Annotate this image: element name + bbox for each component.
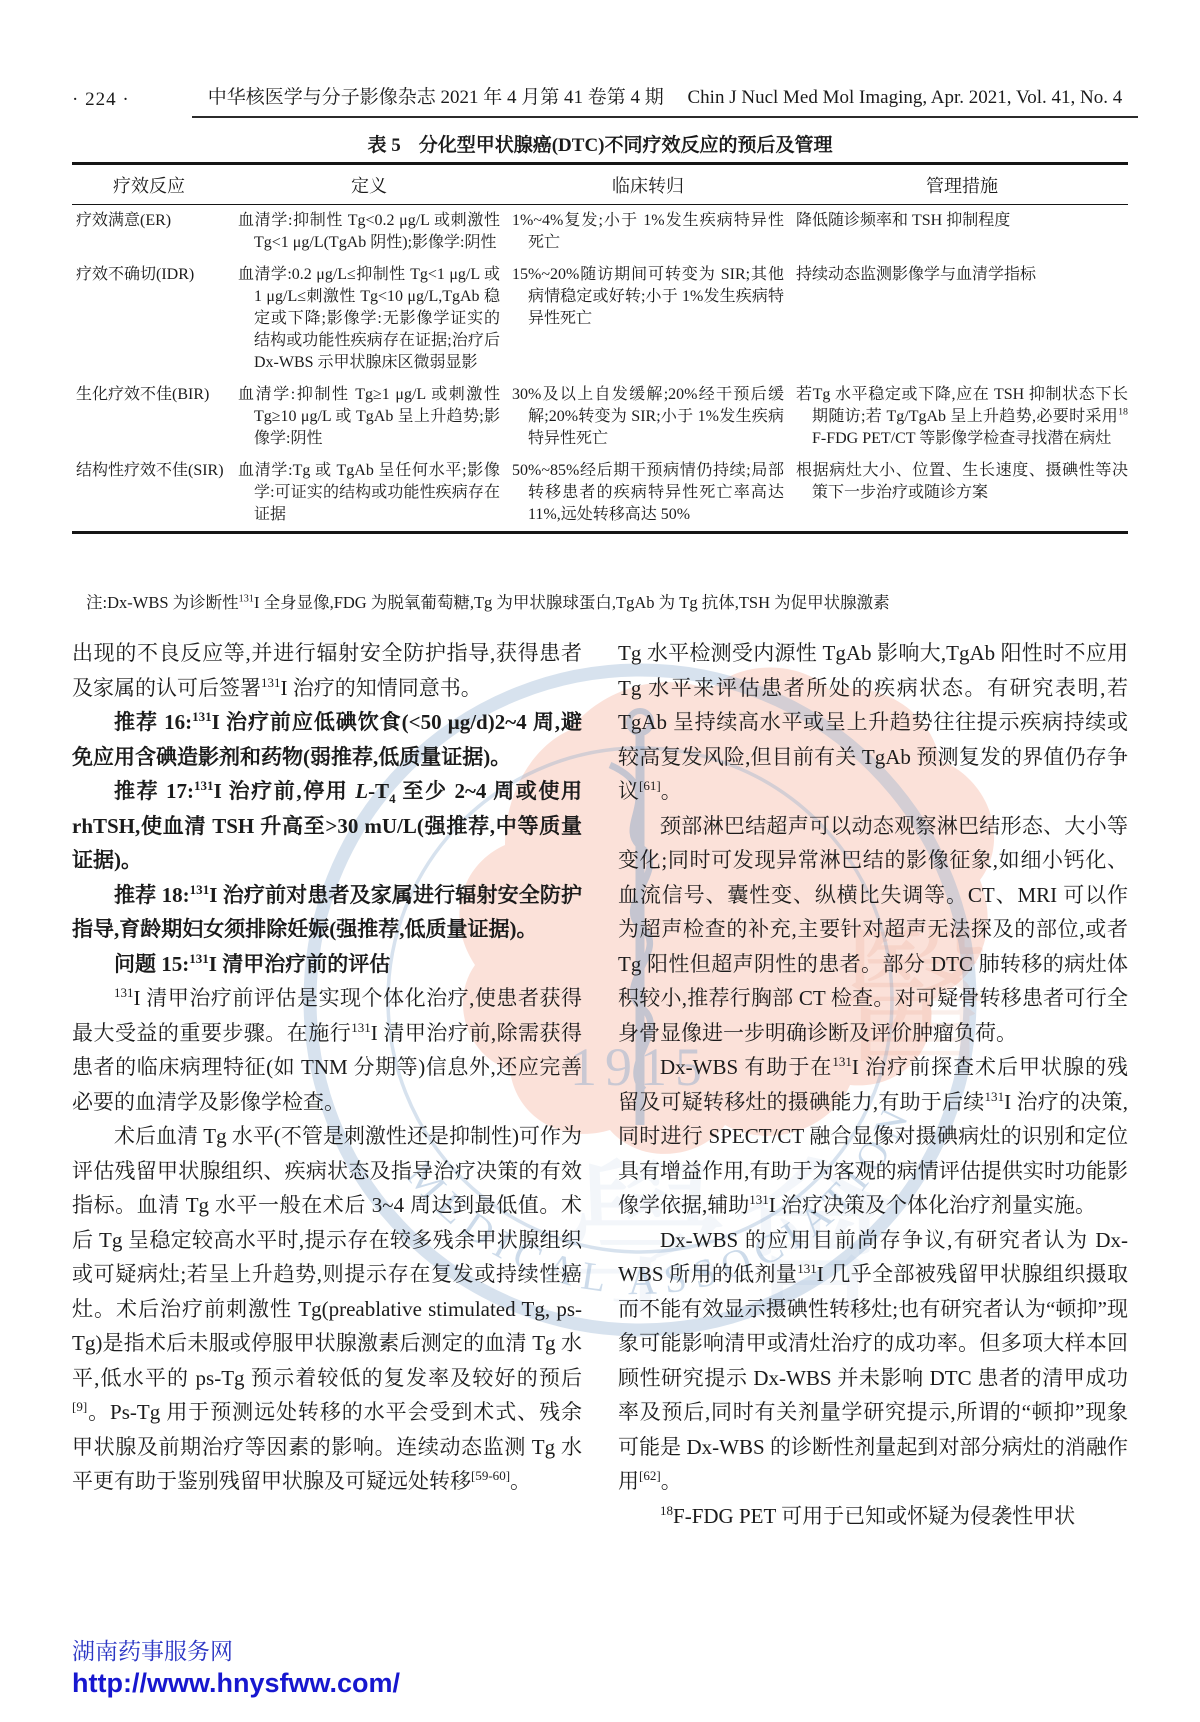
- body-paragraph: 问题 15:131I 清甲治疗前的评估: [72, 947, 582, 982]
- table-body: 疗效满意(ER)血清学:抑制性 Tg<0.2 μg/L 或刺激性 Tg<1 μg…: [72, 205, 1128, 534]
- table-row: 生化疗效不佳(BIR)血清学:抑制性 Tg≥1 μg/L 或刺激性 Tg≥10 …: [72, 379, 1128, 455]
- body-paragraph: Tg 水平检测受内源性 TgAb 影响大,TgAb 阳性时不应用 Tg 水平来评…: [618, 636, 1128, 809]
- page-header: · 224 · 中华核医学与分子影像杂志 2021 年 4 月第 41 卷第 4…: [72, 82, 1138, 118]
- cell-response: 疗效满意(ER): [72, 210, 226, 254]
- cell-management: 若Tg 水平稳定或下降,应在 TSH 抑制状态下长期随访;若 Tg/TgAb 呈…: [796, 384, 1128, 450]
- body-paragraph: 推荐 18:131I 治疗前对患者及家属进行辐射安全防护指导,育龄期妇女须排除妊…: [72, 878, 582, 947]
- cell-management: 持续动态监测影像学与血清学指标: [796, 264, 1128, 374]
- body-columns: 出现的不良反应等,并进行辐射安全防护指导,获得患者及家属的认可后签署131I 治…: [72, 636, 1128, 1533]
- cell-outcome: 15%~20%随访期间可转变为 SIR;其他病情稳定或好转;小于 1%发生疾病特…: [512, 264, 784, 374]
- cell-response: 疗效不确切(IDR): [72, 264, 226, 374]
- cell-definition: 血清学:抑制性 Tg≥1 μg/L 或刺激性 Tg≥10 μg/L 或 TgAb…: [238, 384, 500, 450]
- table-caption-label: 表 5: [367, 135, 400, 156]
- table-caption-title: 分化型甲状腺癌(DTC)不同疗效反应的预后及管理: [419, 135, 833, 156]
- page-number: · 224 ·: [72, 89, 192, 118]
- dtc-response-table: 疗效反应 定义 临床转归 管理措施 疗效满意(ER)血清学:抑制性 Tg<0.2…: [72, 162, 1128, 534]
- table-header-row: 疗效反应 定义 临床转归 管理措施: [72, 165, 1128, 205]
- body-paragraph: 术后血清 Tg 水平(不管是刺激性还是抑制性)可作为评估残留甲状腺组织、疾病状态…: [72, 1119, 582, 1499]
- body-paragraph: 推荐 16:131I 治疗前应低碘饮食(<50 μg/d)2~4 周,避免应用含…: [72, 705, 582, 774]
- table-note: 注:Dx-WBS 为诊断性131I 全身显像,FDG 为脱氧葡萄糖,Tg 为甲状…: [86, 592, 1138, 614]
- cell-response: 结构性疗效不佳(SIR): [72, 460, 226, 526]
- body-paragraph: Dx-WBS 的应用目前尚存争议,有研究者认为 Dx-WBS 所用的低剂量131…: [618, 1223, 1128, 1499]
- table-column-header: 临床转归: [512, 172, 784, 198]
- body-paragraph: 颈部淋巴结超声可以动态观察淋巴结形态、大小等变化;同时可发现异常淋巴结的影像征象…: [618, 809, 1128, 1051]
- body-paragraph: 18F-FDG PET 可用于已知或怀疑为侵袭性甲状: [618, 1499, 1128, 1534]
- footer-site-name: 湖南药事服务网: [72, 1638, 400, 1667]
- cell-outcome: 1%~4%复发;小于 1%发生疾病特异性死亡: [512, 210, 784, 254]
- body-paragraph: 出现的不良反应等,并进行辐射安全防护指导,获得患者及家属的认可后签署131I 治…: [72, 636, 582, 705]
- cell-management: 降低随诊频率和 TSH 抑制程度: [796, 210, 1128, 254]
- journal-title: 中华核医学与分子影像杂志 2021 年 4 月第 41 卷第 4 期 Chin …: [192, 82, 1138, 118]
- cell-outcome: 30%及以上自发缓解;20%经干预后缓解;20%转变为 SIR;小于 1%发生疾…: [512, 384, 784, 450]
- table-column-header: 管理措施: [796, 172, 1128, 198]
- table-column-header: 定义: [238, 172, 500, 198]
- table-row: 结构性疗效不佳(SIR)血清学:Tg 或 TgAb 呈任何水平;影像学:可证实的…: [72, 455, 1128, 531]
- body-paragraph: 推荐 17:131I 治疗前,停用 L-T4 至少 2~4 周或使用 rhTSH…: [72, 774, 582, 878]
- table-column-header: 疗效反应: [72, 172, 226, 198]
- journal-page: 1915 MEDICAL ASSOCIATION 醫 學會 · 224 · 中华…: [0, 0, 1200, 1722]
- cell-definition: 血清学:Tg 或 TgAb 呈任何水平;影像学:可证实的结构或功能性疾病存在证据: [238, 460, 500, 526]
- table-row: 疗效不确切(IDR)血清学:0.2 μg/L≤抑制性 Tg<1 μg/L 或 1…: [72, 259, 1128, 379]
- right-column: Tg 水平检测受内源性 TgAb 影响大,TgAb 阳性时不应用 Tg 水平来评…: [618, 636, 1128, 1533]
- cell-definition: 血清学:抑制性 Tg<0.2 μg/L 或刺激性 Tg<1 μg/L(TgAb …: [238, 210, 500, 254]
- body-paragraph: 131I 清甲治疗前评估是实现个体化治疗,使患者获得最大受益的重要步骤。在施行1…: [72, 981, 582, 1119]
- table-row: 疗效满意(ER)血清学:抑制性 Tg<0.2 μg/L 或刺激性 Tg<1 μg…: [72, 205, 1128, 259]
- footer-stamp: 湖南药事服务网 http://www.hnysfww.com/: [72, 1638, 400, 1701]
- body-paragraph: Dx-WBS 有助于在131I 治疗前探查术后甲状腺的残留及可疑转移灶的摄碘能力…: [618, 1050, 1128, 1223]
- cell-response: 生化疗效不佳(BIR): [72, 384, 226, 450]
- table-caption: 表 5分化型甲状腺癌(DTC)不同疗效反应的预后及管理: [0, 130, 1200, 157]
- cell-management: 根据病灶大小、位置、生长速度、摄碘性等决策下一步治疗或随诊方案: [796, 460, 1128, 526]
- cell-definition: 血清学:0.2 μg/L≤抑制性 Tg<1 μg/L 或 1 μg/L≤刺激性 …: [238, 264, 500, 374]
- cell-outcome: 50%~85%经后期干预病情仍持续;局部转移患者的疾病特异性死亡率高达 11%,…: [512, 460, 784, 526]
- left-column: 出现的不良反应等,并进行辐射安全防护指导,获得患者及家属的认可后签署131I 治…: [72, 636, 582, 1533]
- footer-site-url: http://www.hnysfww.com/: [72, 1667, 400, 1701]
